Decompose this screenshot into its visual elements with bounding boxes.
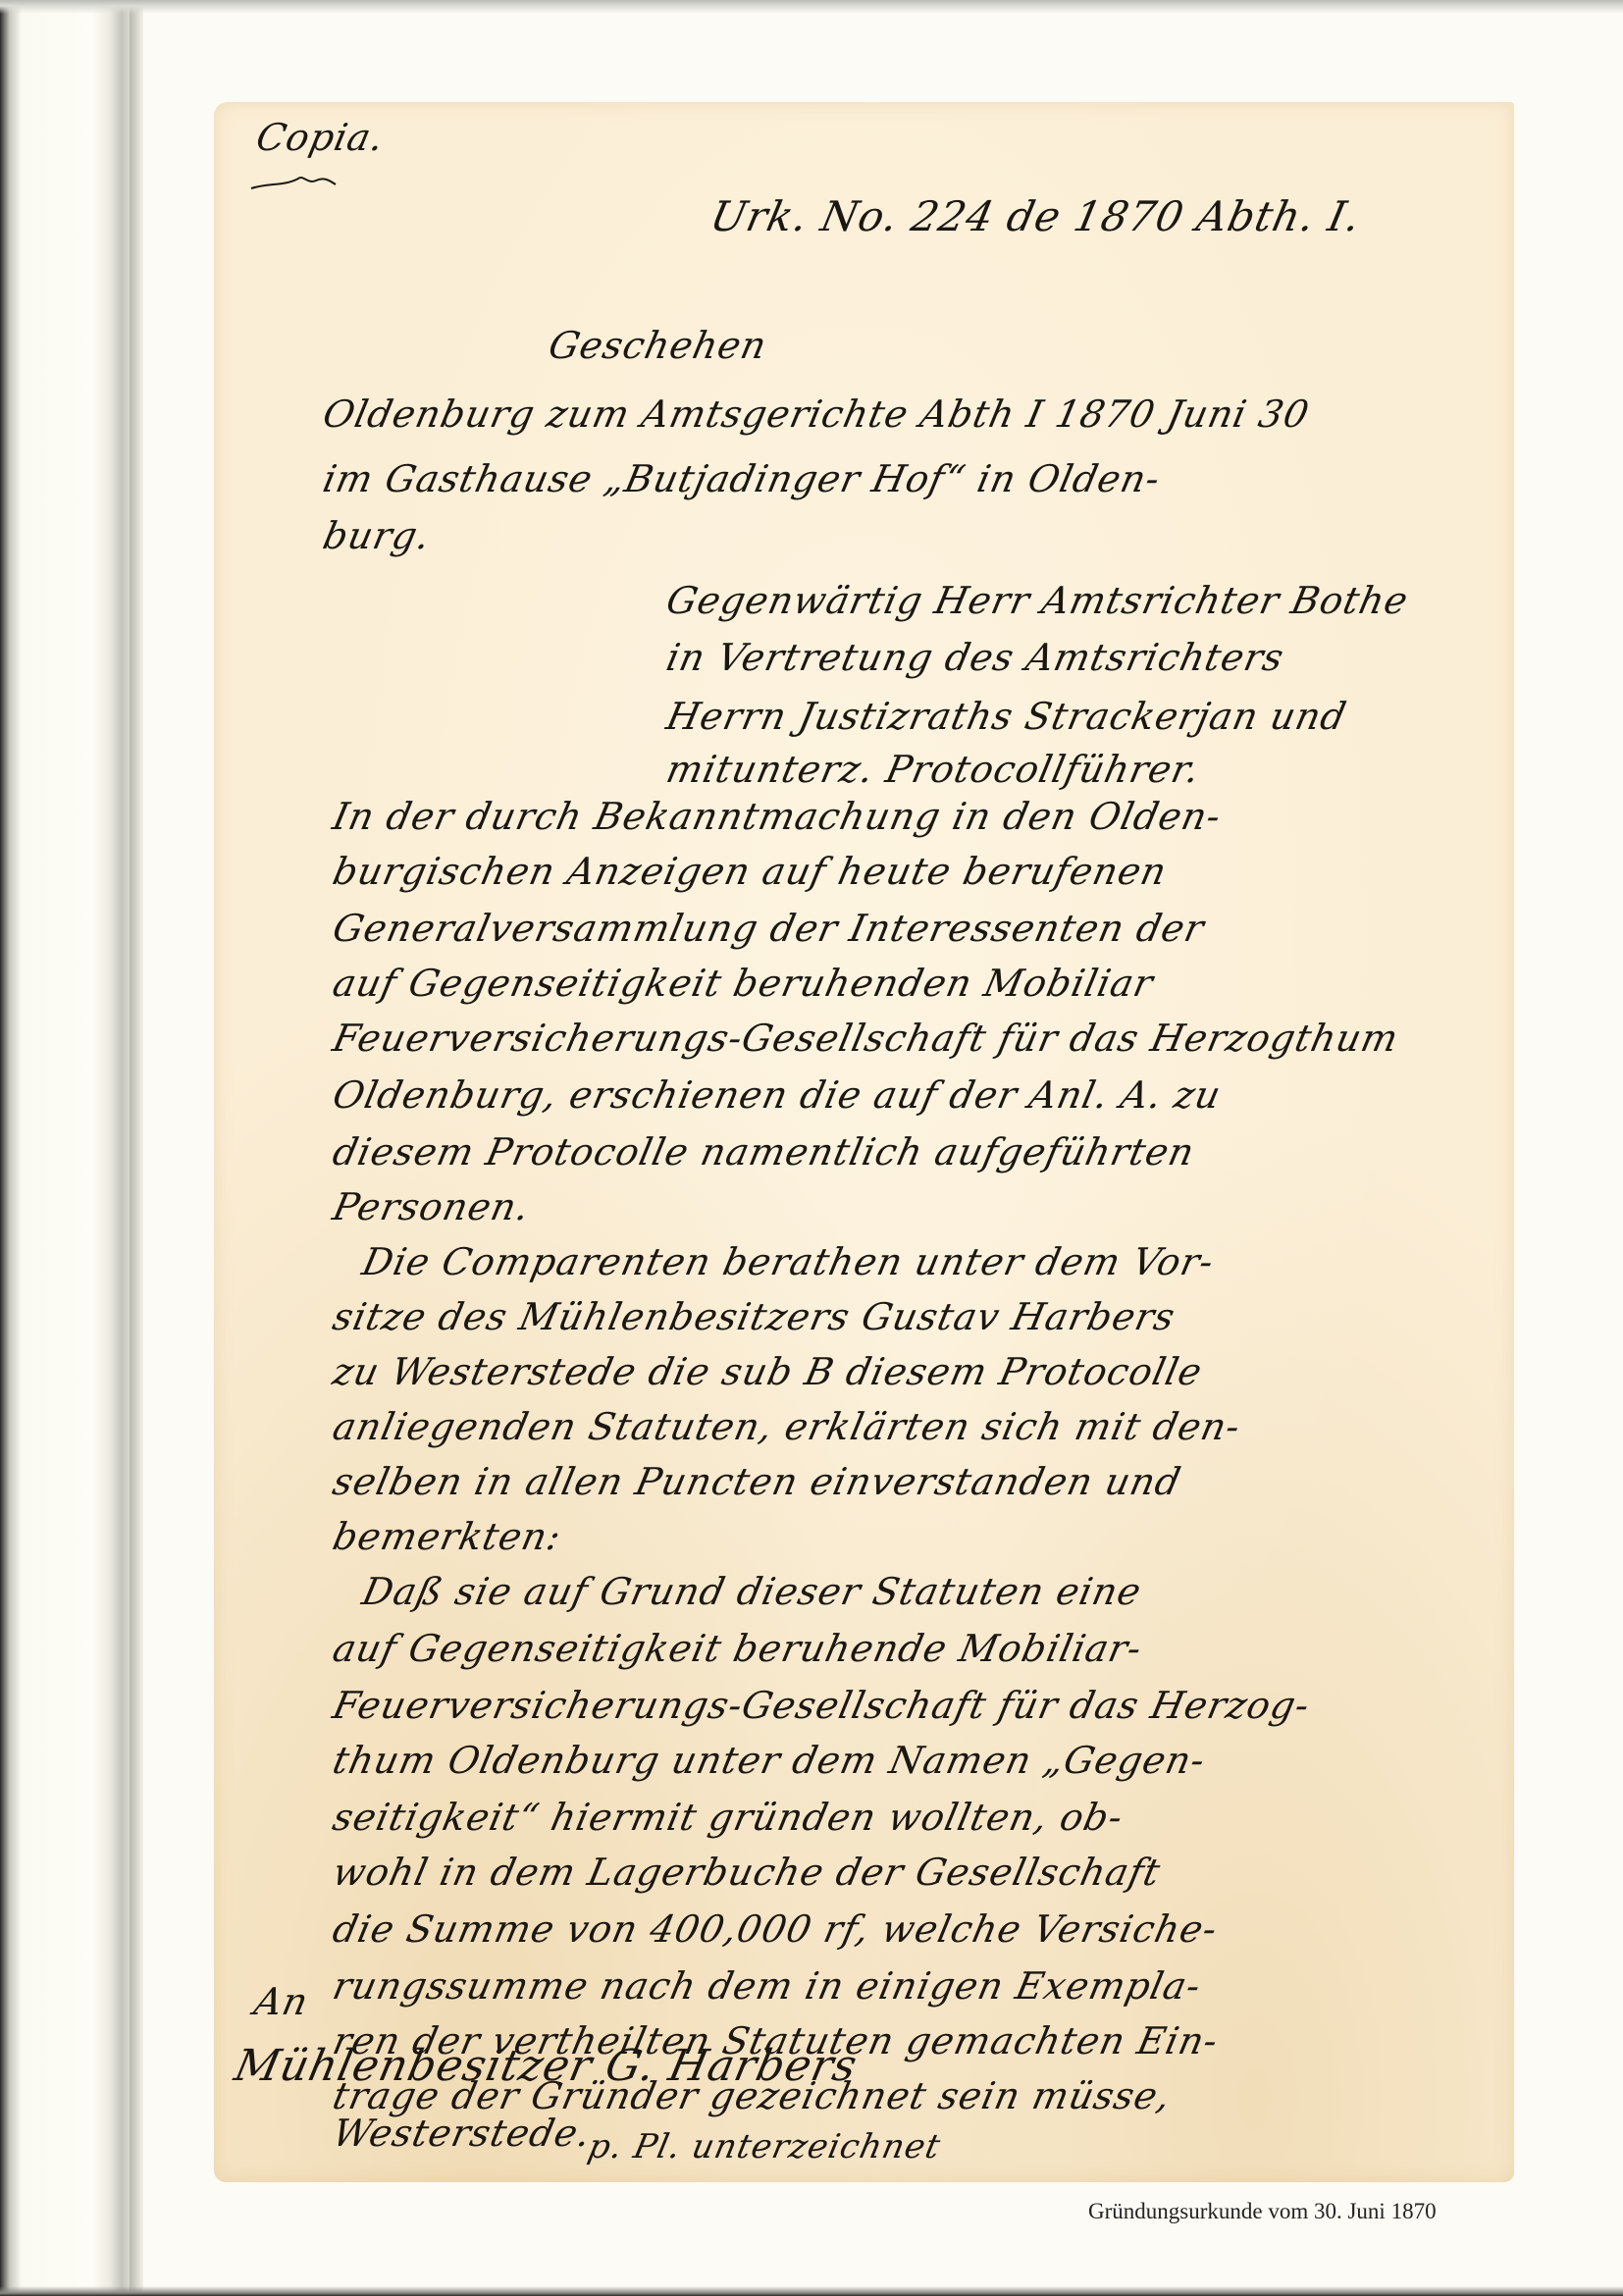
manuscript-line: wohl in dem Lagerbuche der Gesellschaft xyxy=(329,1851,1165,1894)
manuscript-line: Oldenburg zum Amtsgerichte Abth I 1870 J… xyxy=(319,392,1313,436)
flourish-icon xyxy=(249,173,338,190)
address-place: Westerstede. xyxy=(329,2112,595,2155)
manuscript-line: auf Gegenseitigkeit beruhende Mobiliar- xyxy=(329,1627,1146,1670)
manuscript-line: zu Westerstede die sub B diesem Protocol… xyxy=(329,1350,1206,1393)
top-shadow xyxy=(0,0,1623,14)
manuscript-line: Geschehen xyxy=(545,324,770,367)
book-gutter xyxy=(130,0,143,2296)
manuscript-line: Die Comparenten berathen unter dem Vor- xyxy=(358,1240,1218,1283)
signature: p. Pl. unterzeichnet xyxy=(585,2127,945,2166)
manuscript-line: Daß sie auf Grund dieser Statuten eine xyxy=(358,1570,1145,1613)
manuscript-line: In der durch Bekanntmachung in den Olden… xyxy=(329,795,1225,838)
manuscript-line: Feuerversicherungs-Gesellschaft für das … xyxy=(329,1017,1402,1060)
manuscript-line: seitigkeit“ hiermit gründen wollten, ob- xyxy=(329,1796,1126,1839)
manuscript-line: im Gasthause „Butjadinger Hof“ in Olden- xyxy=(319,457,1164,500)
bottom-shadow xyxy=(0,2286,1623,2296)
manuscript-line: Personen. xyxy=(329,1185,534,1228)
manuscript-line: burg. xyxy=(319,514,435,557)
manuscript-line: sitze des Mühlenbesitzers Gustav Harbers xyxy=(329,1295,1178,1338)
manuscript-line: Generalversammlung der Interessenten der xyxy=(329,907,1208,950)
manuscript-line: thum Oldenburg unter dem Namen „Gegen- xyxy=(329,1739,1209,1782)
manuscript-line: die Summe von 400,000 rf, welche Versich… xyxy=(329,1907,1222,1951)
manuscript-line: bemerkten: xyxy=(329,1515,565,1558)
manuscript-line: Feuerversicherungs-Gesellschaft für das … xyxy=(329,1684,1314,1727)
manuscript-line: auf Gegenseitigkeit beruhenden Mobiliar xyxy=(329,962,1157,1005)
address-to: An xyxy=(250,1980,312,2023)
manuscript-line: in Vertretung des Amtsrichters xyxy=(662,636,1287,679)
document-reference: Urk. No. 224 de 1870 Abth. I. xyxy=(707,192,1366,240)
manuscript-line: anliegenden Statuten, erklärten sich mit… xyxy=(329,1405,1244,1448)
address-name: Mühlenbesitzer G. Harbers xyxy=(231,2041,863,2091)
manuscript-line: burgischen Anzeigen auf heute berufenen xyxy=(329,850,1171,893)
manuscript-line: rungssumme nach dem in einigen Exempla- xyxy=(329,1964,1205,2008)
manuscript-line: selben in allen Puncten einverstanden un… xyxy=(329,1460,1184,1503)
manuscript-line: diesem Protocolle namentlich aufgeführte… xyxy=(329,1130,1198,1174)
figure-caption: Gründungsurkunde vom 30. Juni 1870 xyxy=(1088,2199,1437,2224)
manuscript-line: Oldenburg, erschienen die auf der Anl. A… xyxy=(329,1073,1225,1117)
copia-label: Copia. xyxy=(252,116,389,159)
left-book-page xyxy=(0,0,130,2296)
manuscript-line: mitunterz. Protocollführer. xyxy=(662,748,1204,791)
manuscript-line: Gegenwärtig Herr Amtsrichter Bothe xyxy=(662,579,1412,622)
manuscript-line: Herrn Justizraths Strackerjan und xyxy=(662,695,1350,738)
